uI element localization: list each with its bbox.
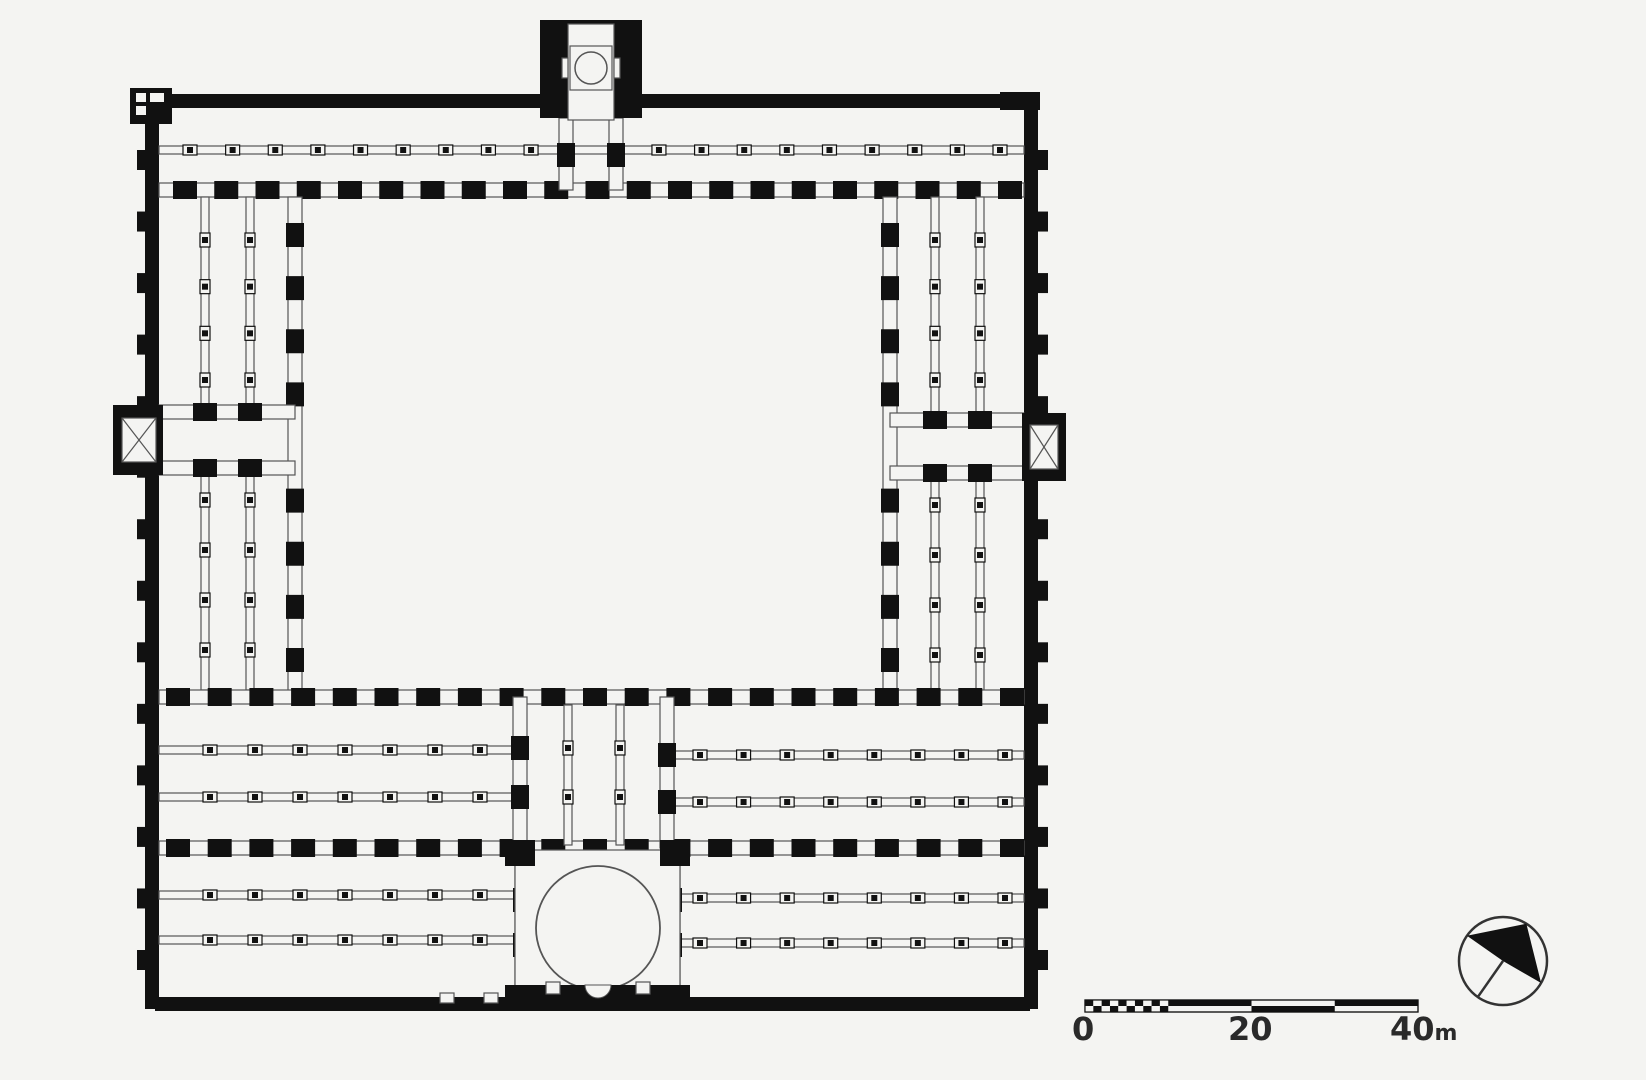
scale-label-0: 0	[1072, 1010, 1094, 1048]
scale-label-40-value: 40	[1390, 1010, 1435, 1048]
features	[113, 20, 1066, 1009]
scale-label-20: 20	[1228, 1010, 1273, 1048]
floor-plan	[0, 0, 1646, 1080]
scale-unit: m	[1435, 1021, 1458, 1046]
north-arrow-icon	[1459, 917, 1547, 1005]
scale-label-40: 40m	[1390, 1010, 1457, 1048]
